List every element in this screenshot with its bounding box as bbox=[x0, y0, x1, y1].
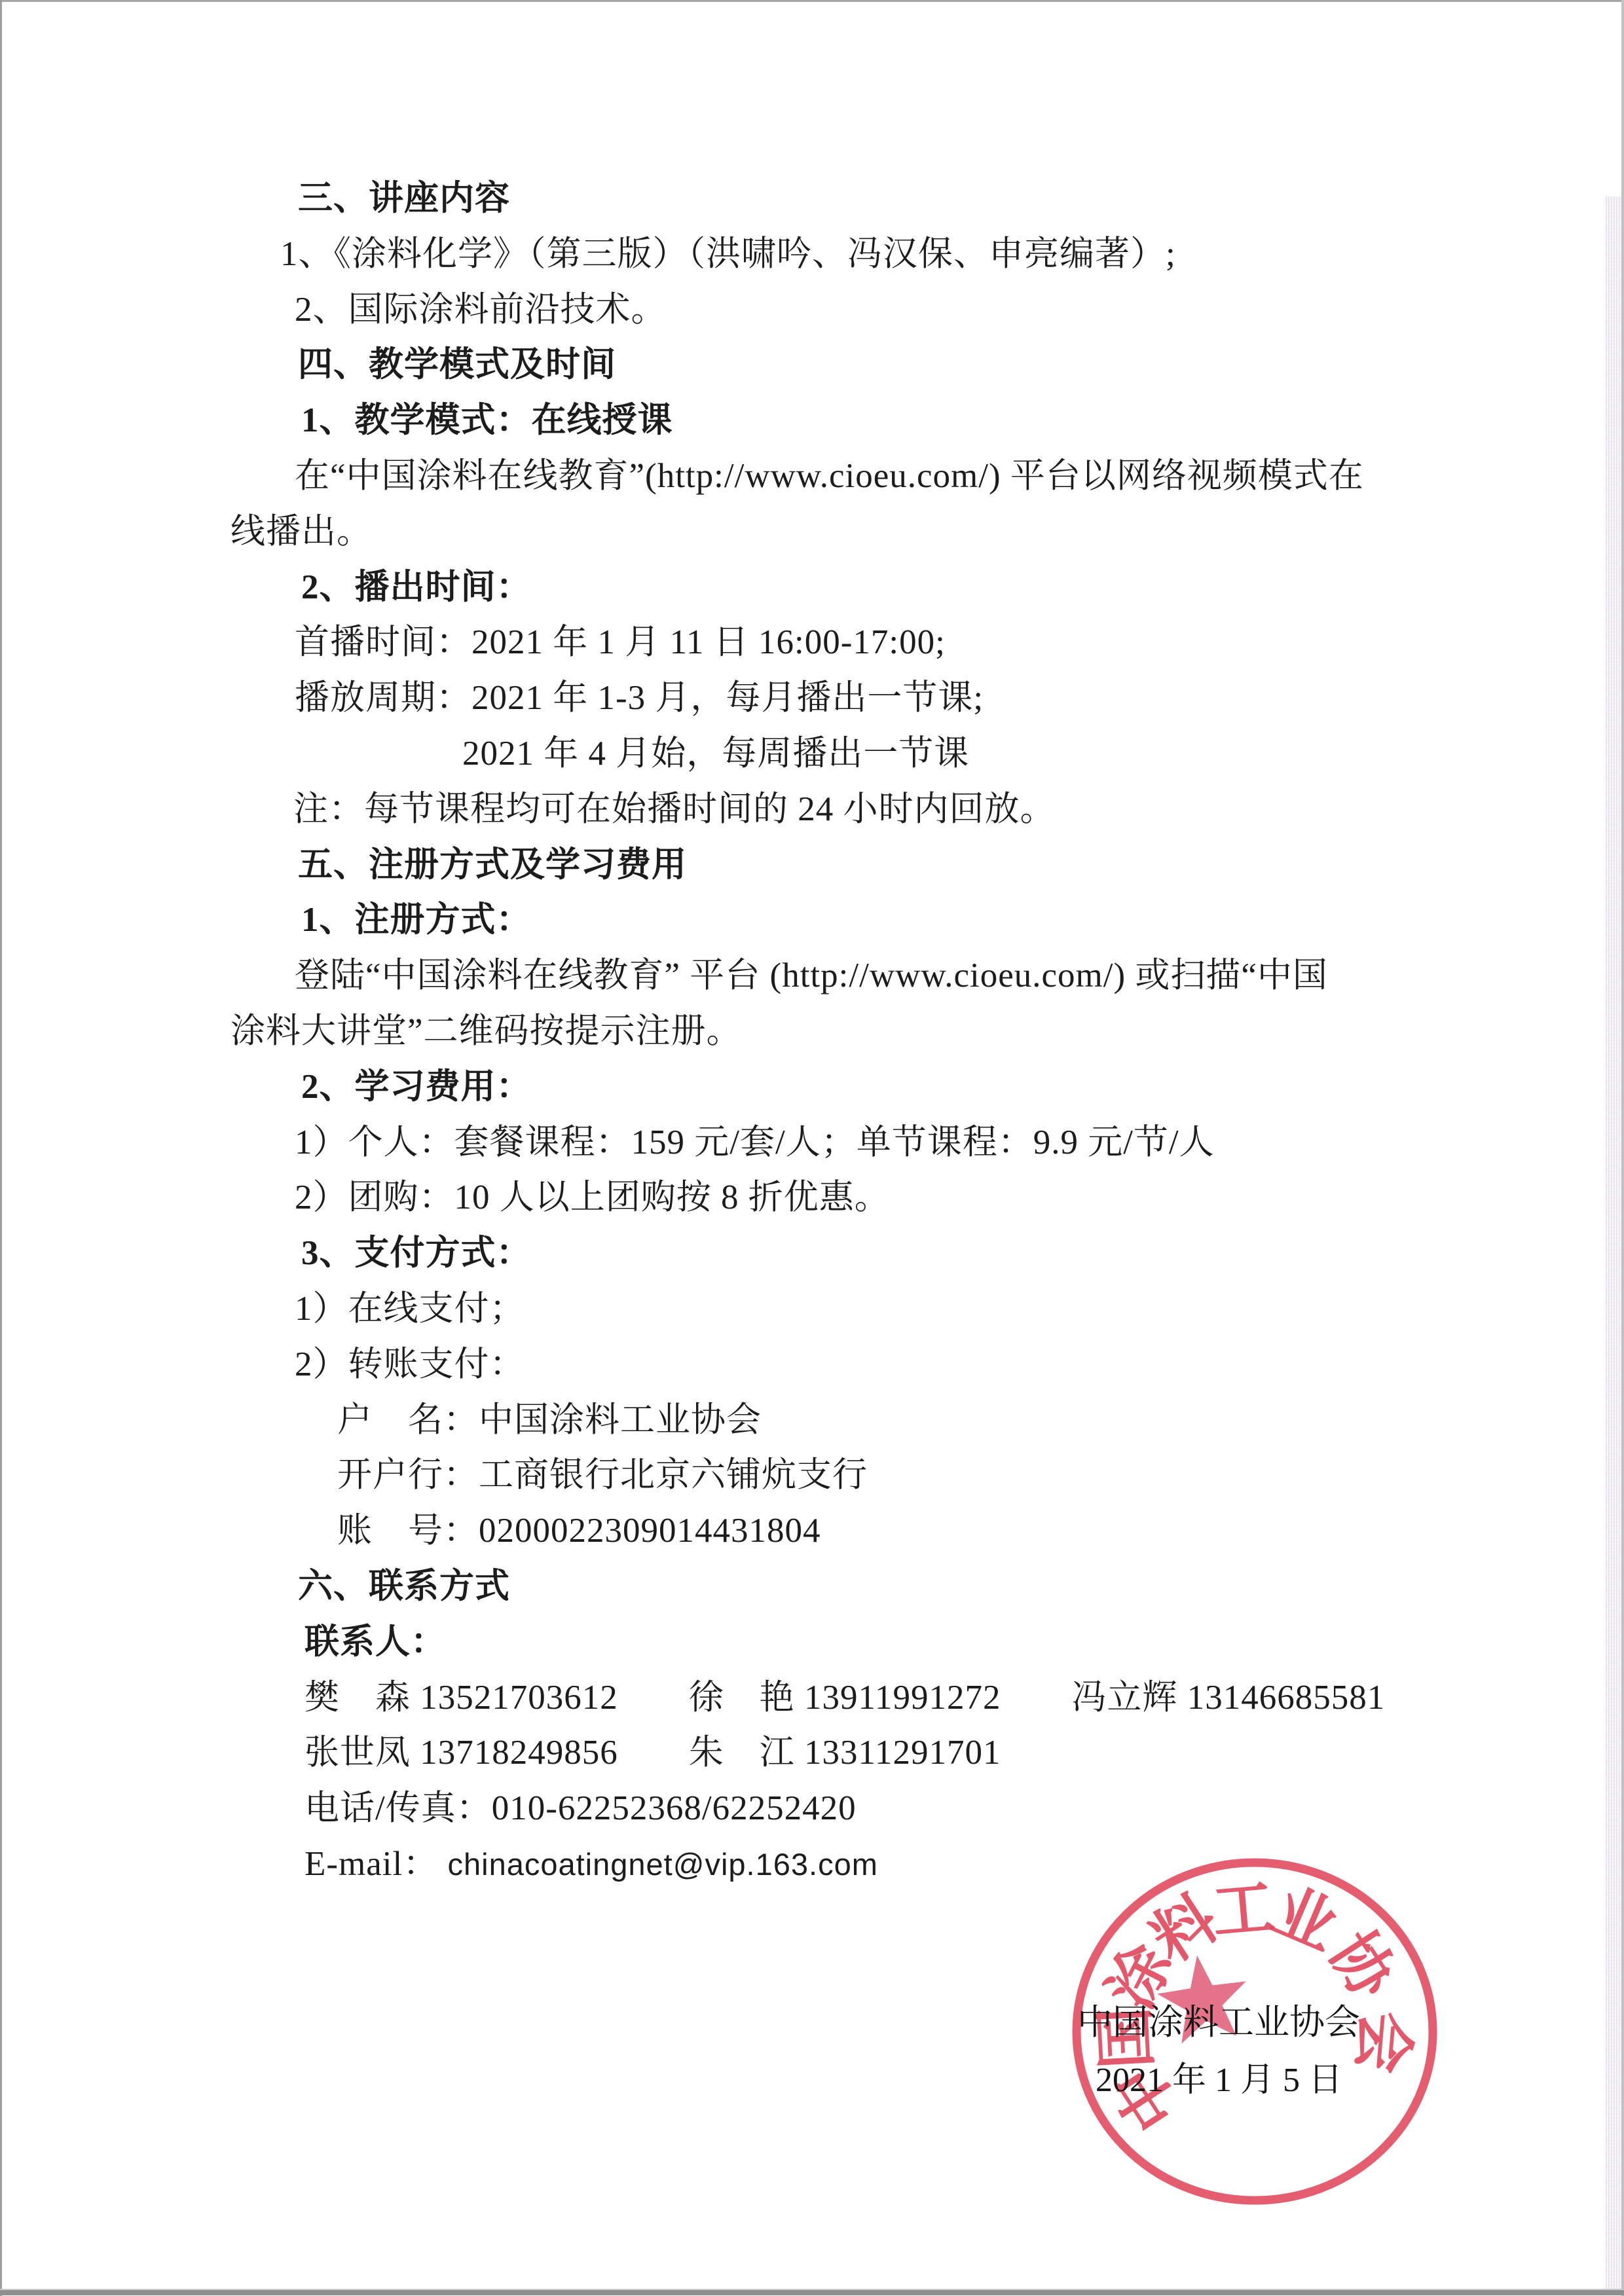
signature-organization: 中国涂料工业协会 bbox=[1077, 2005, 1360, 2040]
doc-line: 四、教学模式及时间 bbox=[298, 344, 616, 386]
email-address: chinacoatingnet@vip.163.com bbox=[447, 1847, 877, 1882]
doc-line: 播放周期：2021 年 1-3 月，每月播出一节课; bbox=[295, 678, 984, 719]
doc-line: 1、教学模式：在线授课 bbox=[301, 400, 673, 441]
scan-border-top bbox=[0, 0, 1624, 2]
doc-line: 联系人： bbox=[304, 1622, 446, 1663]
doc-line: 账 号：0200022309014431804 bbox=[337, 1510, 821, 1552]
doc-line: 2、学习费用： bbox=[301, 1066, 532, 1108]
scan-border-bottom bbox=[0, 2289, 1624, 2295]
doc-line: 三、讲座内容 bbox=[298, 178, 510, 219]
doc-line: 1）个人：套餐课程：159 元/套/人；单节课程：9.9 元/节/人 bbox=[295, 1122, 1215, 1163]
doc-line: 登陆“中国涂料在线教育” 平台 (http://www.cioeu.com/) … bbox=[295, 955, 1328, 996]
email-label: E-mail： bbox=[304, 1845, 447, 1883]
doc-line: 2）转账支付： bbox=[295, 1344, 525, 1385]
doc-line: E-mail： chinacoatingnet@vip.163.com bbox=[304, 1844, 878, 1885]
doc-line: 五、注册方式及学习费用 bbox=[298, 845, 687, 886]
doc-line: 樊 森 13521703612 徐 艳 13911991272 冯立辉 1314… bbox=[304, 1677, 1385, 1719]
doc-line: 在“中国涂料在线教育”(http://www.cioeu.com/) 平台以网络… bbox=[295, 456, 1364, 497]
doc-line: 张世凤 13718249856 朱 江 13311291701 bbox=[304, 1732, 1001, 1774]
doc-line: 1、《涂料化学》（第三版）（洪啸吟、冯汉保、申亮编著）; bbox=[280, 234, 1176, 275]
scan-border-left bbox=[0, 0, 2, 2296]
doc-line: 1、注册方式： bbox=[301, 900, 532, 941]
doc-line: 注：每节课程均可在始播时间的 24 小时内回放。 bbox=[293, 789, 1056, 830]
doc-line: 1）在线支付； bbox=[295, 1288, 525, 1330]
doc-line: 2、国际涂料前沿技术。 bbox=[295, 289, 667, 331]
doc-line: 2）团购：10 人以上团购按 8 折优惠。 bbox=[295, 1177, 890, 1218]
doc-line: 开户行：工商银行北京六铺炕支行 bbox=[337, 1455, 868, 1496]
doc-line: 六、联系方式 bbox=[298, 1566, 510, 1607]
doc-line: 3、支付方式： bbox=[301, 1233, 532, 1274]
doc-line: 2、播出时间： bbox=[301, 567, 532, 608]
doc-line: 首播时间：2021 年 1 月 11 日 16:00-17:00; bbox=[295, 622, 946, 663]
signature-date: 2021 年 1 月 5 日 bbox=[1096, 2064, 1342, 2098]
doc-line: 线播出。 bbox=[231, 511, 372, 553]
scan-moire-strip bbox=[1606, 196, 1622, 2289]
doc-line: 户 名：中国涂料工业协会 bbox=[337, 1400, 762, 1441]
document-page: 三、讲座内容1、《涂料化学》（第三版）（洪啸吟、冯汉保、申亮编著）;2、国际涂料… bbox=[0, 0, 1624, 2296]
doc-line: 电话/传真：010-62252368/62252420 bbox=[304, 1788, 857, 1829]
doc-line: 涂料大讲堂”二维码按提示注册。 bbox=[231, 1011, 742, 1052]
doc-line: 2021 年 4 月始，每周播出一节课 bbox=[462, 733, 969, 774]
